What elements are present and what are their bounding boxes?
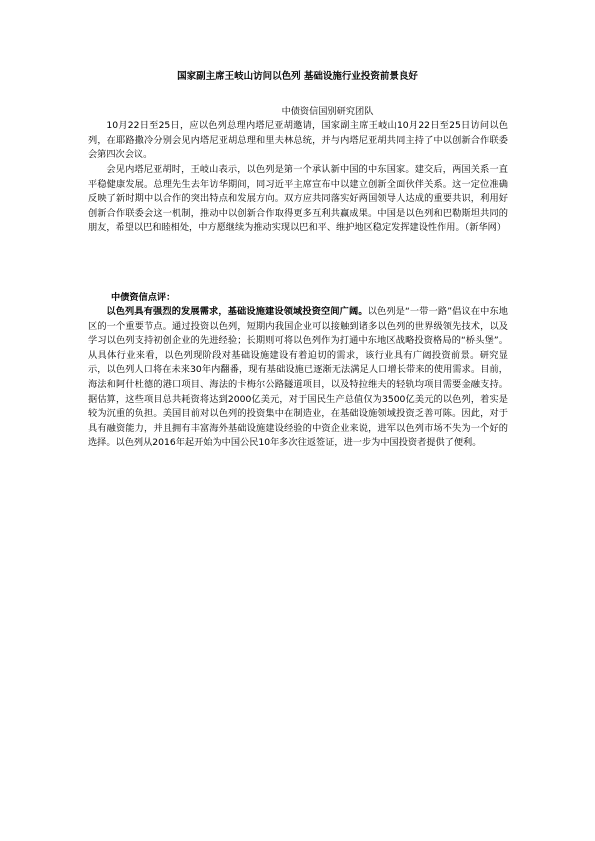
- review-heading: 中债资信点评：: [111, 291, 175, 306]
- document-page: 国家副主席王岐山访问以色列 基础设施行业投资前景良好 中债资信国别研究团队 10…: [0, 0, 595, 841]
- review-paragraph: 以色列具有强烈的发展需求，基础设施建设领域投资空间广阔。以色列是“一带一路”倡议…: [88, 305, 508, 451]
- paragraph-2: 会见内塔尼亚胡时，王岐山表示，以色列是第一个承认新中国的中东国家。建交后，两国关…: [88, 163, 508, 236]
- paragraph-text: 10月22日至25日，应以色列总理内塔尼亚胡邀请，国家副主席王岐山10月22日至…: [88, 119, 508, 163]
- review-lead: 以色列具有强烈的发展需求，基础设施建设领域投资空间广阔。: [106, 306, 367, 317]
- document-author: 中债资信国别研究团队: [0, 105, 595, 119]
- paragraph-text: 会见内塔尼亚胡时，王岐山表示，以色列是第一个承认新中国的中东国家。建交后，两国关…: [88, 163, 508, 236]
- paragraph-1: 10月22日至25日，应以色列总理内塔尼亚胡邀请，国家副主席王岐山10月22日至…: [88, 119, 508, 163]
- review-text: 以色列是“一带一路”倡议在中东地区的一个重要节点。通过投资以色列，短期内我国企业…: [88, 306, 508, 448]
- document-title: 国家副主席王岐山访问以色列 基础设施行业投资前景良好: [0, 70, 595, 84]
- review-section: 以色列具有强烈的发展需求，基础设施建设领域投资空间广阔。以色列是“一带一路”倡议…: [88, 305, 508, 451]
